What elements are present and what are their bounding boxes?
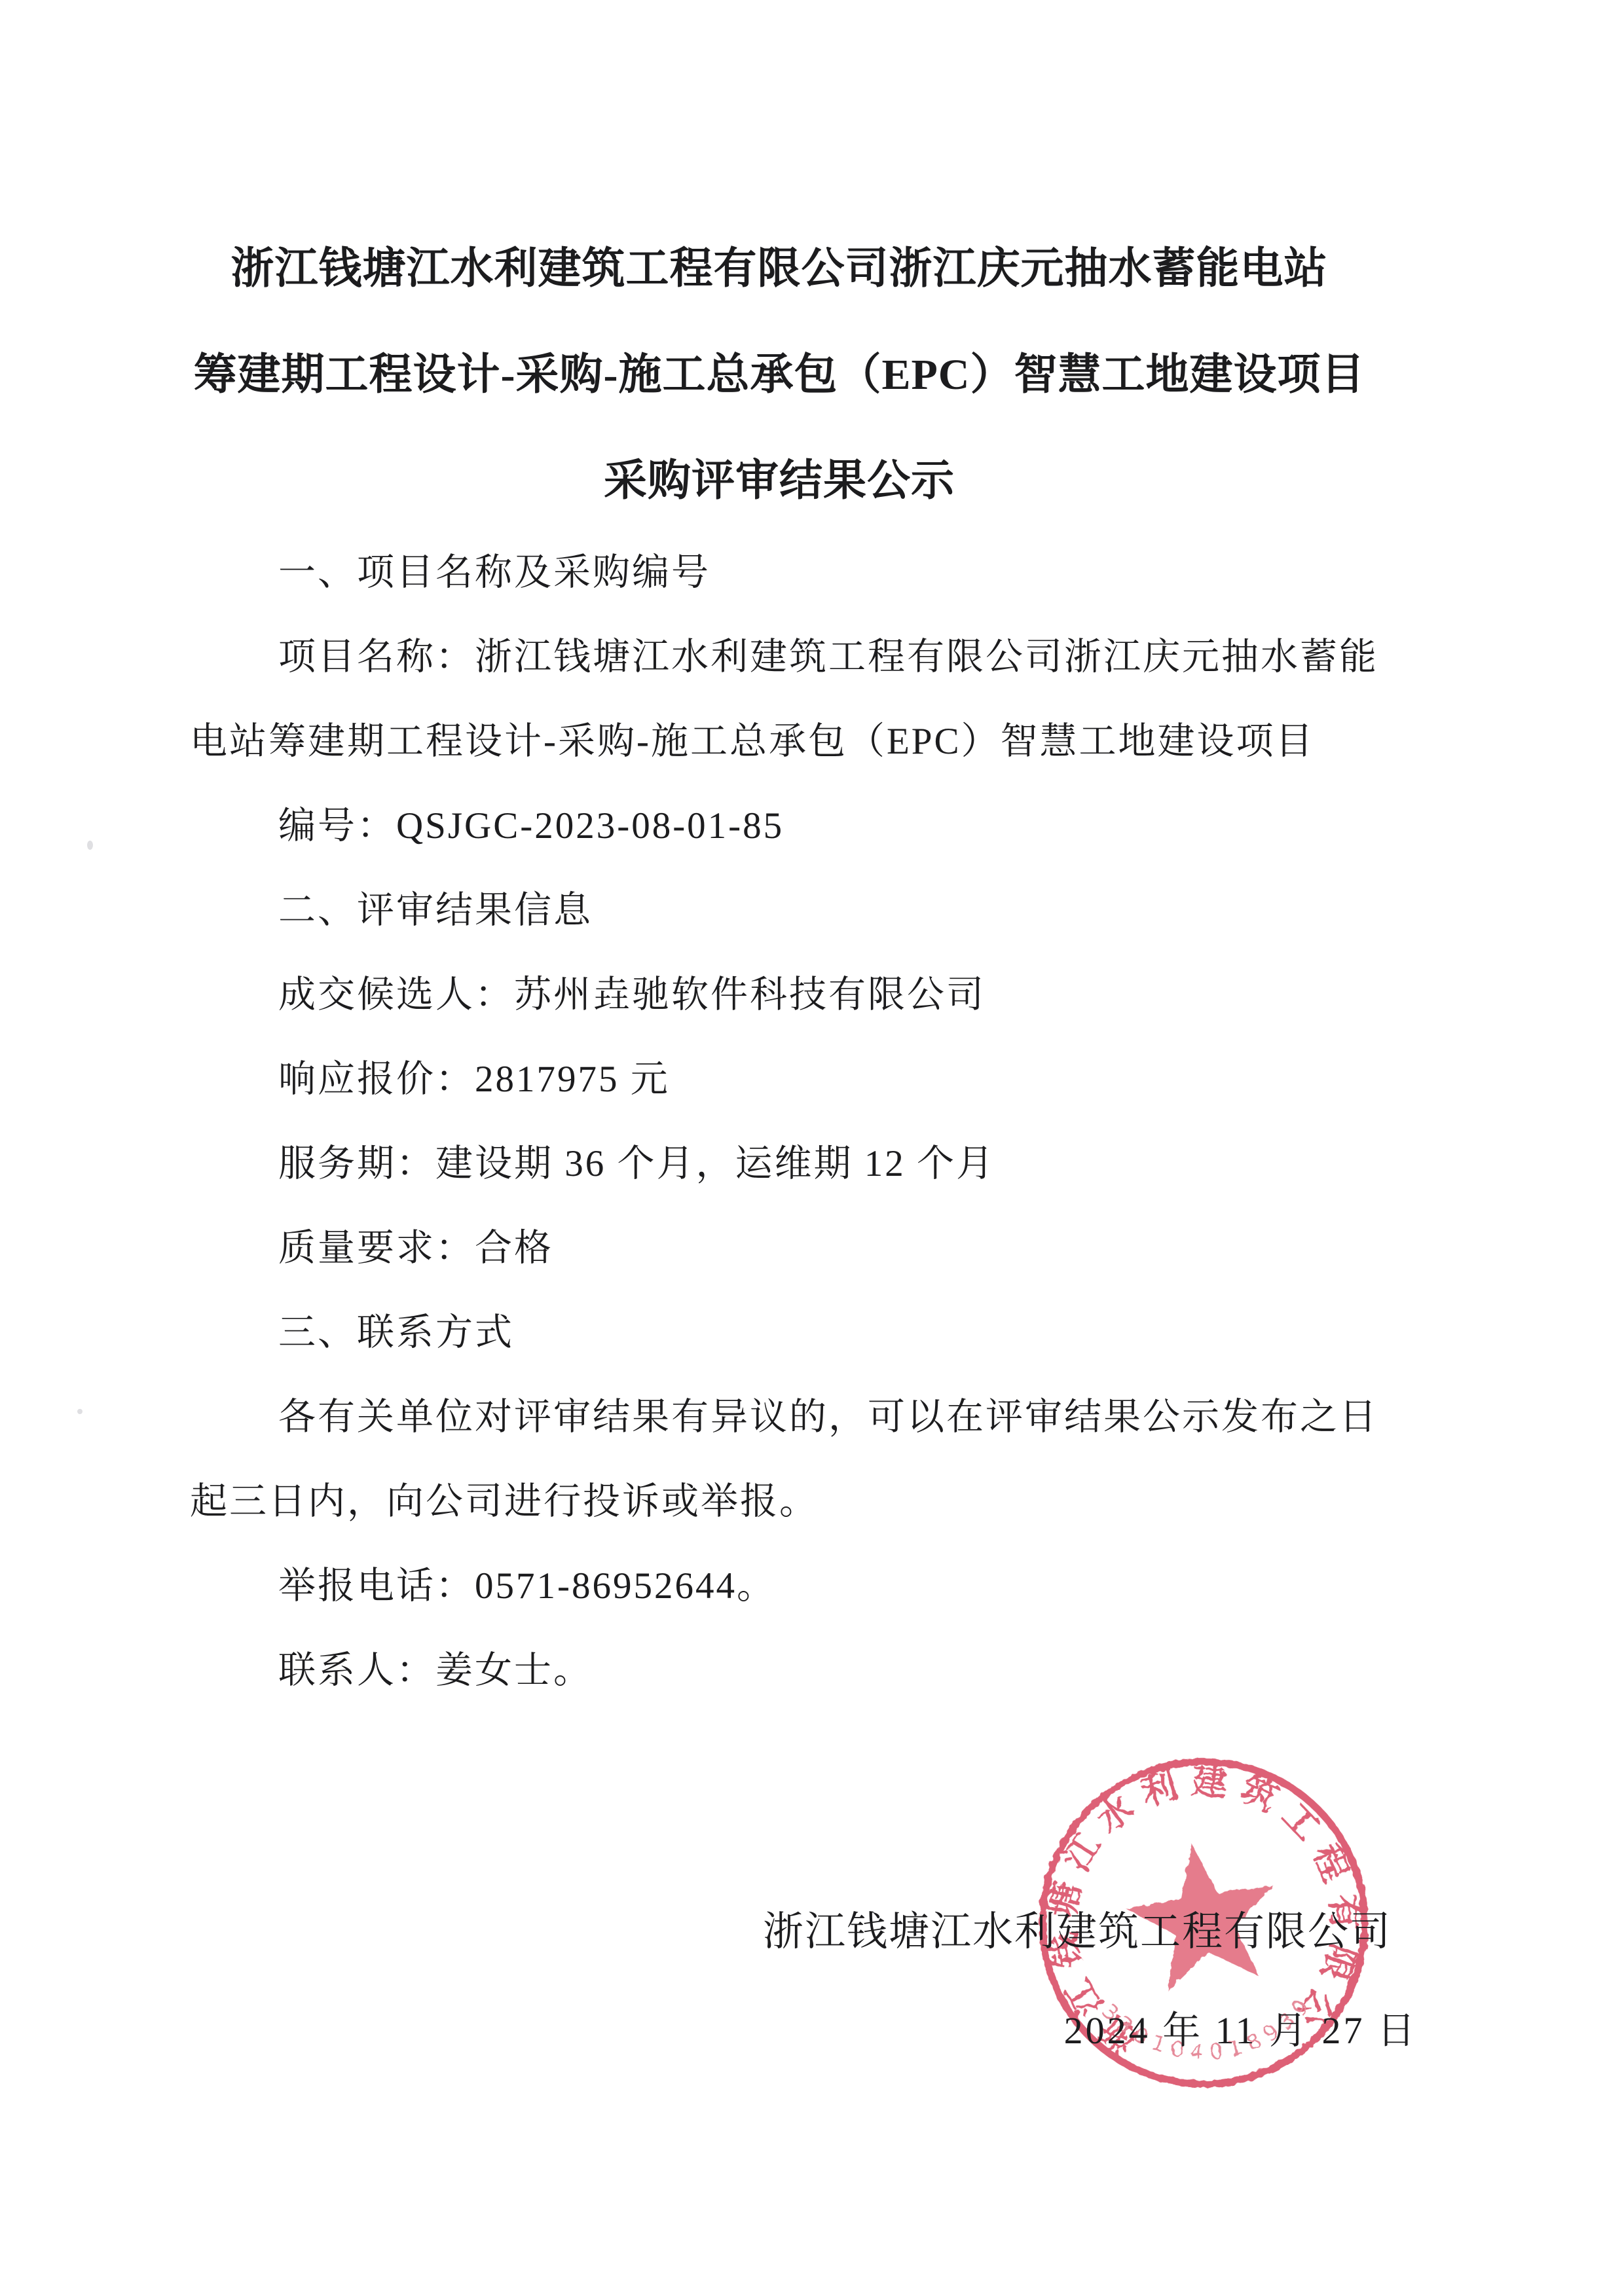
title-line-1: 浙江钱塘江水利建筑工程有限公司浙江庆元抽水蓄能电站	[190, 216, 1369, 322]
quality-requirement: 质量要求：合格	[190, 1206, 1369, 1290]
section-3-heading: 三、联系方式	[190, 1290, 1369, 1375]
signature-date: 2024 年 11 月 27 日	[1064, 1999, 1418, 2054]
document-title: 浙江钱塘江水利建筑工程有限公司浙江庆元抽水蓄能电站 筹建期工程设计-采购-施工总…	[190, 216, 1369, 534]
winning-candidate: 成交候选人：苏州垚驰软件科技有限公司	[190, 953, 1369, 1037]
scan-speck	[87, 841, 93, 850]
document-body: 一、项目名称及采购编号 项目名称：浙江钱塘江水利建筑工程有限公司浙江庆元抽水蓄能…	[190, 530, 1369, 1713]
procurement-number: 编号：QSJGC-2023-08-01-85	[190, 784, 1369, 868]
objection-notice-line-1: 各有关单位对评审结果有异议的，可以在评审结果公示发布之日	[190, 1375, 1369, 1459]
scan-speck	[77, 1409, 83, 1414]
service-period: 服务期：建设期 36 个月，运维期 12 个月	[190, 1121, 1369, 1206]
title-line-2: 筹建期工程设计-采购-施工总承包（EPC）智慧工地建设项目	[190, 322, 1369, 428]
section-2-heading: 二、评审结果信息	[190, 868, 1369, 953]
document-page: 浙江钱塘江水利建筑工程有限公司 3301040189396 浙江钱塘江水利建筑工…	[0, 0, 1624, 2296]
title-line-3: 采购评审结果公示	[190, 428, 1369, 534]
bid-price: 响应报价：2817975 元	[190, 1037, 1369, 1121]
section-1-heading: 一、项目名称及采购编号	[190, 530, 1369, 615]
project-name-line-2: 电站筹建期工程设计-采购-施工总承包（EPC）智慧工地建设项目	[190, 699, 1369, 784]
signature-company: 浙江钱塘江水利建筑工程有限公司	[763, 1899, 1392, 1957]
project-name-line-1: 项目名称：浙江钱塘江水利建筑工程有限公司浙江庆元抽水蓄能	[190, 615, 1369, 699]
report-phone: 举报电话：0571-86952644。	[190, 1544, 1369, 1628]
contact-person: 联系人：姜女士。	[190, 1628, 1369, 1713]
objection-notice-line-2: 起三日内，向公司进行投诉或举报。	[190, 1459, 1369, 1544]
